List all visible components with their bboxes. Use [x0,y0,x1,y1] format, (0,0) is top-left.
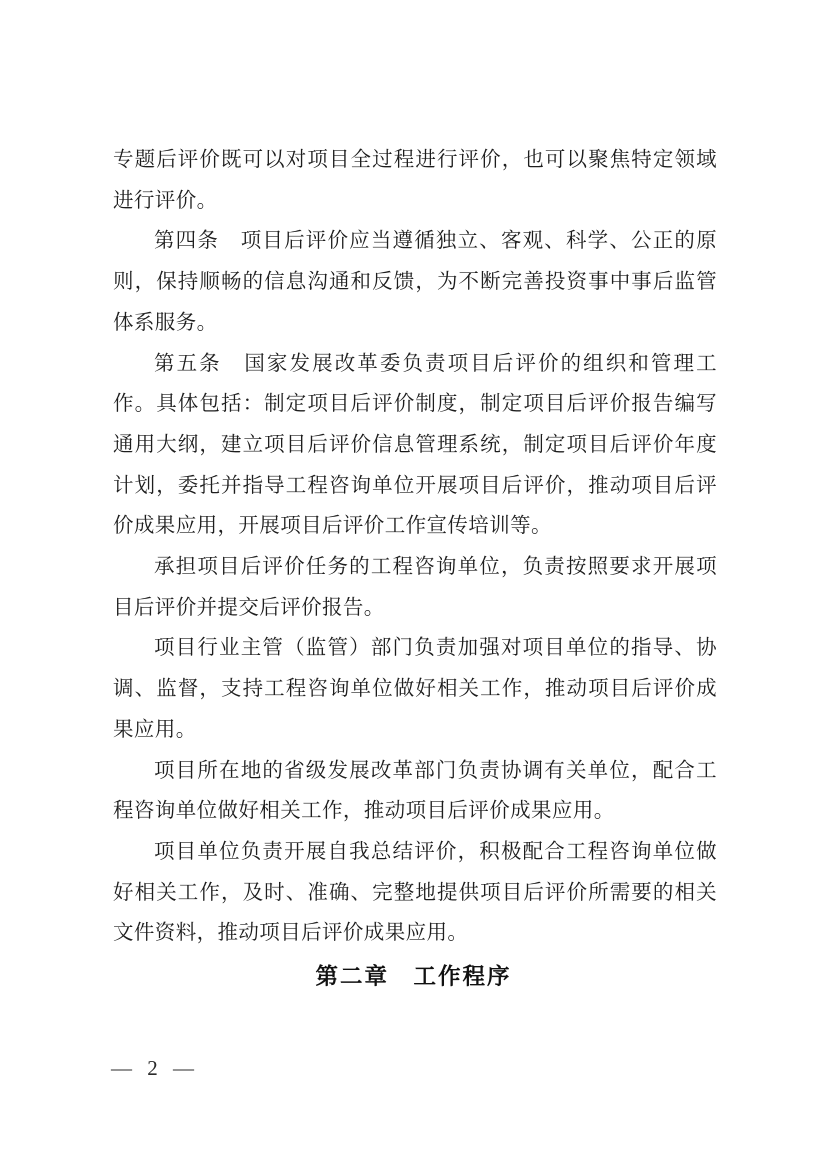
chapter-heading: 第二章 工作程序 [0,959,827,991]
paragraph-provincial-dept-duty: 项目所在地的省级发展改革部门负责协调有关单位，配合工程咨询单位做好相关工作，推动… [113,751,717,832]
document-page: 专题后评价既可以对项目全过程进行评价，也可以聚焦特定领域进行评价。 第四条 项目… [0,0,827,1169]
page-number: — 2 — [111,1056,195,1081]
document-body: 专题后评价既可以对项目全过程进行评价，也可以聚焦特定领域进行评价。 第四条 项目… [113,140,717,954]
paragraph-article-5: 第五条 国家发展改革委负责项目后评价的组织和管理工作。具体包括：制定项目后评价制… [113,344,717,548]
paragraph-article-4: 第四条 项目后评价应当遵循独立、客观、科学、公正的原则，保持顺畅的信息沟通和反馈… [113,221,717,343]
paragraph-consulting-unit-duty: 承担项目后评价任务的工程咨询单位，负责按照要求开展项目后评价并提交后评价报告。 [113,547,717,628]
paragraph-continuation: 专题后评价既可以对项目全过程进行评价，也可以聚焦特定领域进行评价。 [113,140,717,221]
paragraph-industry-dept-duty: 项目行业主管（监管）部门负责加强对项目单位的指导、协调、监督，支持工程咨询单位做… [113,628,717,750]
paragraph-project-unit-duty: 项目单位负责开展自我总结评价，积极配合工程咨询单位做好相关工作，及时、准确、完整… [113,832,717,954]
